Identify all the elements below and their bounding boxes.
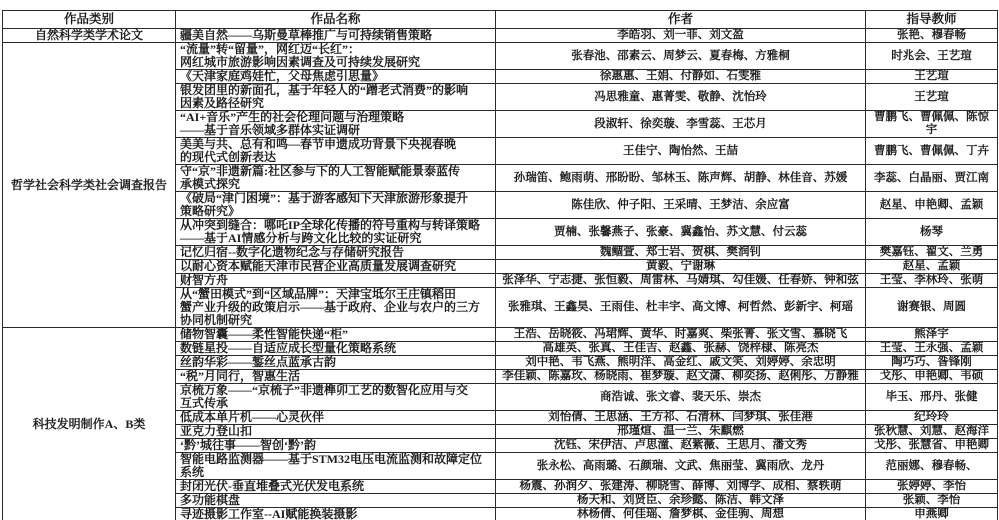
advisors-cell: 李蕊、白晶丽、贾江南: [866, 165, 998, 192]
advisors-cell: 谢赛银、周圆: [866, 288, 998, 328]
table-row: 科技发明制作A、B类储物智囊——柔性智能快递“柜”王浩、岳晓筱、冯珺辉、黄华、时…: [3, 328, 998, 342]
authors-cell: 李皓羽、刘一菲、刘文盈: [496, 29, 866, 43]
advisors-cell: 王艺瑄: [866, 84, 998, 111]
authors-cell: 林杨倩、何佳瑶、詹梦棋、金佳驹、周想: [496, 508, 866, 520]
authors-cell: 冯思雅童、惠菁雯、敬静、沈怡玲: [496, 84, 866, 111]
authors-cell: 刘怡倩、王思涵、王方祁、石清林、闫梦琪、张佳港: [496, 411, 866, 425]
authors-cell: 杨天和、刘贤臣、余珍懿、陈洁、韩文泽: [496, 494, 866, 508]
authors-cell: 段淑轩、徐奕璇、李雪蕊、王芯月: [496, 111, 866, 138]
advisors-cell: 樊嘉钰、翟文、兰勇: [866, 246, 998, 260]
table-row: 自然科学类学术论文疆美自然——乌斯曼草棒推广与可持续销售策略李皓羽、刘一菲、刘文…: [3, 29, 998, 43]
work-name-cell: 低成本单片机——心灵伙伴: [176, 411, 496, 425]
work-name-cell: ‘黔’城往事——智创‘黔’韵: [176, 439, 496, 453]
advisors-cell: 张婷婷、李怡: [866, 480, 998, 494]
advisors-cell: 张艳、穆春畅: [866, 29, 998, 43]
awards-works-table: 作品类别 作品名称 作者 指导教师 自然科学类学术论文疆美自然——乌斯曼草棒推广…: [2, 10, 998, 520]
work-name-cell: 记忆归宿--数字化遗物纪念与存储研究报告: [176, 246, 496, 260]
work-name-cell: 储物智囊——柔性智能快递“柜”: [176, 328, 496, 342]
authors-cell: 王佳宁、陶怡然、王喆: [496, 138, 866, 165]
advisors-cell: 范丽娜、穆春畅、: [866, 453, 998, 480]
authors-cell: 张雅琪、王鑫昊、王雨佳、杜丰宇、高文博、柯哲然、彭新宇、柯瑶: [496, 288, 866, 328]
work-name-cell: 守“京”非遗新篇:社区参与下的人工智能赋能景泰蓝传 承模式探究: [176, 165, 496, 192]
header-category: 作品类别: [3, 11, 176, 29]
work-name-cell: 从“蟹田模式”到“区域品牌”：天津宝坻尔王庄镇稻田 蟹产业升级的政策启示——基于…: [176, 288, 496, 328]
advisors-cell: 曹鹏飞、曹佩佩、丁卉: [866, 138, 998, 165]
authors-cell: 魏鲴萱、郑士岩、贺棋、樊润钊: [496, 246, 866, 260]
authors-cell: 贾楠、张馨燕子、张豪、冀鑫怡、苏文慧、付云蕊: [496, 219, 866, 246]
advisors-cell: 王艺瑄: [866, 70, 998, 84]
work-name-cell: 寻迹摄影工作室--AI赋能换装摄影: [176, 508, 496, 520]
work-name-cell: “流量”转“留量”，网红迈“长红”： 网红城市旅游影响因素调查及可持续发展研究: [176, 43, 496, 70]
work-name-cell: 《破局“津门困境”：基于游客感知下天津旅游形象提升 策略研究》: [176, 192, 496, 219]
authors-cell: 孙瑞笛、鲍雨萌、邢盼盼、邹林玉、陈声辉、胡静、林佳音、苏媛: [496, 165, 866, 192]
work-name-cell: 智能电路监测器——基于STM32电压电流监测和故障定位 系统: [176, 453, 496, 480]
advisors-cell: 纪玲玲: [866, 411, 998, 425]
header-advisors: 指导教师: [866, 11, 998, 29]
advisors-cell: 王莹、王永强、孟颖: [866, 342, 998, 356]
advisors-cell: 张秋慧、刘慧、赵海洋: [866, 425, 998, 439]
work-name-cell: 《天津家庭鸡娃忙，父母焦虑引思量》: [176, 70, 496, 84]
work-name-cell: 京梳万象——“京梳子”非遗榫卯工艺的数智化应用与交 互式传承: [176, 384, 496, 411]
advisors-cell: 陶巧巧、昝锋刚: [866, 356, 998, 370]
work-name-cell: 亚克力登山扣: [176, 425, 496, 439]
advisors-cell: 王莹、李林玲、张萌: [866, 274, 998, 288]
authors-cell: 张永松、高雨璐、石颜瑞、文武、焦丽莹、冀雨欣、龙丹: [496, 453, 866, 480]
work-name-cell: “AI+音乐”产生的社会伦理问题与治理策略 ——基于音乐领域多群体实证调研: [176, 111, 496, 138]
advisors-cell: 毕玉、邢丹、张健: [866, 384, 998, 411]
advisors-cell: 张颖、李怡: [866, 494, 998, 508]
header-work-name: 作品名称: [176, 11, 496, 29]
advisors-cell: 戈彤、申艳卿、韦硕: [866, 370, 998, 384]
work-name-cell: 财智方舟: [176, 274, 496, 288]
advisors-cell: 时兆会、王艺瑄: [866, 43, 998, 70]
category-cell: 自然科学类学术论文: [3, 29, 176, 43]
authors-cell: 刘中艳、韦飞燕、熊明洋、高金红、戚文笑、刘婷婷、余忠明: [496, 356, 866, 370]
authors-cell: 黄毅、宁谢琳: [496, 260, 866, 274]
work-name-cell: “税”月同行，智惠生活: [176, 370, 496, 384]
work-name-cell: 以耐心资本赋能天津市民营企业高质量发展调查研究: [176, 260, 496, 274]
header-authors: 作者: [496, 11, 866, 29]
advisors-cell: 赵星、申艳卿、孟颖: [866, 192, 998, 219]
authors-cell: 王浩、岳晓筱、冯珺辉、黄华、时嘉爽、柴张菁、张文雪、慕晓飞: [496, 328, 866, 342]
advisors-cell: 熊泽宇: [866, 328, 998, 342]
authors-cell: 沈钰、宋伊洁、卢思潼、赵紫薇、王思月、潘文秀: [496, 439, 866, 453]
work-name-cell: 封闭光伏-垂直堆叠式光伏发电系统: [176, 480, 496, 494]
table-body: 自然科学类学术论文疆美自然——乌斯曼草棒推广与可持续销售策略李皓羽、刘一菲、刘文…: [3, 29, 998, 520]
work-name-cell: 从冲突到缝合：哪吒IP全球化传播的符号重构与转译策略 ——基于AI情感分析与跨文…: [176, 219, 496, 246]
authors-cell: 商浩诚、张文睿、裴天乐、崇杰: [496, 384, 866, 411]
advisors-cell: 申燕卿: [866, 508, 998, 520]
authors-cell: 张春池、邵素云、周梦云、夏春梅、方雅桐: [496, 43, 866, 70]
authors-cell: 陈佳欣、仲子阳、王采晴、王梦洁、余应富: [496, 192, 866, 219]
work-name-cell: 美美与共、总有和鸣—春节申遗成功背景下央视春晚 的现代式创新表达: [176, 138, 496, 165]
authors-cell: 张泽华、宁志捷、张恒毅、周雷林、马婧琪、勾佳媛、任春娇、钟和弦: [496, 274, 866, 288]
authors-cell: 杨震、孙润夕、张建涛、柳晓雪、薛博、刘博学、成相、蔡轶萌: [496, 480, 866, 494]
table-header-row: 作品类别 作品名称 作者 指导教师: [3, 11, 998, 29]
work-name-cell: 多功能棋盘: [176, 494, 496, 508]
advisors-cell: 赵星、孟颖: [866, 260, 998, 274]
table-row: 哲学社会科学类社会调查报告“流量”转“留量”，网红迈“长红”： 网红城市旅游影响…: [3, 43, 998, 70]
work-name-cell: 疆美自然——乌斯曼草棒推广与可持续销售策略: [176, 29, 496, 43]
authors-cell: 邢瑾煊、温一兰、朱麒燃: [496, 425, 866, 439]
work-name-cell: 数链星投——自适应成长型量化策略系统: [176, 342, 496, 356]
work-name-cell: 丝韵华彩——錾丝点蓝承古韵: [176, 356, 496, 370]
advisors-cell: 曹鹏飞、曹佩佩、陈惊宇: [866, 111, 998, 138]
authors-cell: 徐惠惠、王娟、付静如、石雯雅: [496, 70, 866, 84]
advisors-cell: 杨琴: [866, 219, 998, 246]
advisors-cell: 戈彤、张慧省、申艳卿: [866, 439, 998, 453]
category-cell: 哲学社会科学类社会调查报告: [3, 43, 176, 328]
authors-cell: 李佳颖、陈嘉玫、杨晓雨、崔梦璇、赵文潇、柳奕扬、赵俐彤、万静雅: [496, 370, 866, 384]
authors-cell: 高雄英、张真、王佳吉、赵鑫、张赫、饶梓棣、陈亮杰: [496, 342, 866, 356]
work-name-cell: 银发团里的新面孔，基于年轻人的“蹭老式消费”的影响 因素及路径研究: [176, 84, 496, 111]
category-cell: 科技发明制作A、B类: [3, 328, 176, 520]
